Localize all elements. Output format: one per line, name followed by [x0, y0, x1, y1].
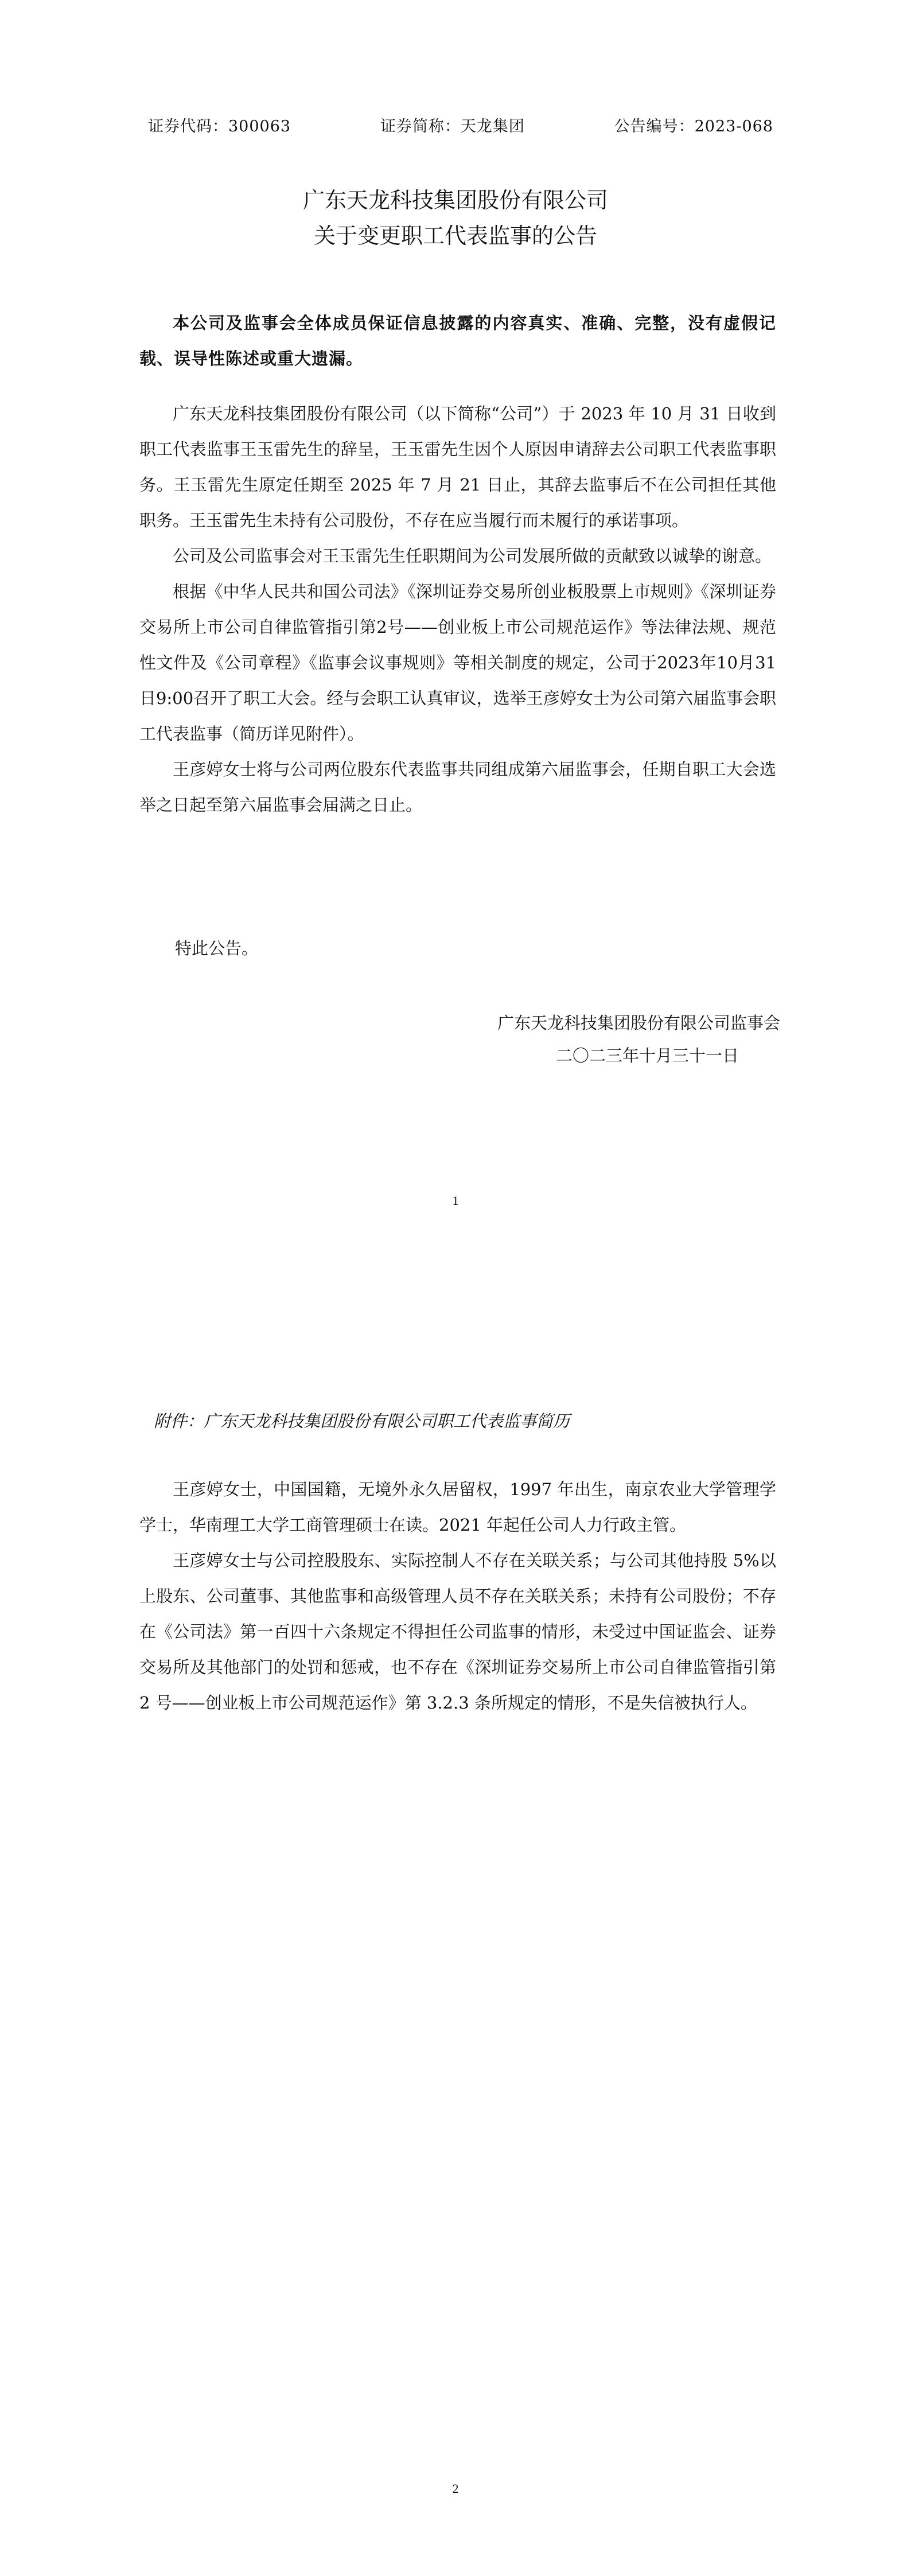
signature-date: 二〇二三年十月三十一日	[447, 1040, 780, 1072]
document-title: 广东天龙科技集团股份有限公司 关于变更职工代表监事的公告	[0, 182, 911, 254]
signature-org: 广东天龙科技集团股份有限公司监事会	[447, 1007, 780, 1040]
page-number: 1	[0, 1193, 911, 1208]
body-paragraph: 根据《中华人民共和国公司法》《深圳证券交易所创业板股票上市规则》《深圳证券交易所…	[139, 574, 776, 752]
body-paragraph: 王彦婷女士将与公司两位股东代表监事共同组成第六届监事会，任期自职工大会选举之日起…	[139, 752, 776, 823]
title-line-1: 广东天龙科技集团股份有限公司	[0, 182, 911, 218]
attachment-paragraph: 王彦婷女士与公司控股股东、实际控制人不存在关联关系；与公司其他持股 5%以上股东…	[139, 1543, 776, 1721]
page-number: 2	[0, 2481, 911, 2496]
stock-abbreviation: 证券简称：天龙集团	[380, 114, 525, 136]
title-line-2: 关于变更职工代表监事的公告	[0, 218, 911, 254]
closing-text: 特此公告。	[139, 931, 776, 966]
attachment-title: 附件：广东天龙科技集团股份有限公司职工代表监事简历	[154, 1408, 570, 1432]
disclosure-statement: 本公司及监事会全体成员保证信息披露的内容真实、准确、完整，没有虚假记载、误导性陈…	[139, 305, 776, 376]
attachment-paragraph: 王彦婷女士，中国国籍，无境外永久居留权，1997 年出生，南京农业大学管理学学士…	[139, 1472, 776, 1543]
announcement-body: 广东天龙科技集团股份有限公司（以下简称“公司”）于 2023 年 10 月 31…	[139, 396, 776, 823]
attachment-body: 王彦婷女士，中国国籍，无境外永久居留权，1997 年出生，南京农业大学管理学学士…	[139, 1472, 776, 1721]
body-paragraph: 广东天龙科技集团股份有限公司（以下简称“公司”）于 2023 年 10 月 31…	[139, 396, 776, 538]
announcement-number: 公告编号：2023-068	[614, 114, 773, 136]
document-header: 证券代码：300063 证券简称：天龙集团 公告编号：2023-068	[148, 114, 773, 136]
page-1: 证券代码：300063 证券简称：天龙集团 公告编号：2023-068 广东天龙…	[0, 0, 911, 1288]
stock-code: 证券代码：300063	[148, 114, 291, 136]
signature-block: 广东天龙科技集团股份有限公司监事会 二〇二三年十月三十一日	[447, 1007, 780, 1072]
body-paragraph: 公司及公司监事会对王玉雷先生任职期间为公司发展所做的贡献致以诚挚的谢意。	[139, 538, 776, 574]
closing: 特此公告。	[139, 931, 776, 966]
statement-text: 本公司及监事会全体成员保证信息披露的内容真实、准确、完整，没有虚假记载、误导性陈…	[139, 305, 776, 376]
page-2: 附件：广东天龙科技集团股份有限公司职工代表监事简历 王彦婷女士，中国国籍，无境外…	[0, 1288, 911, 2576]
